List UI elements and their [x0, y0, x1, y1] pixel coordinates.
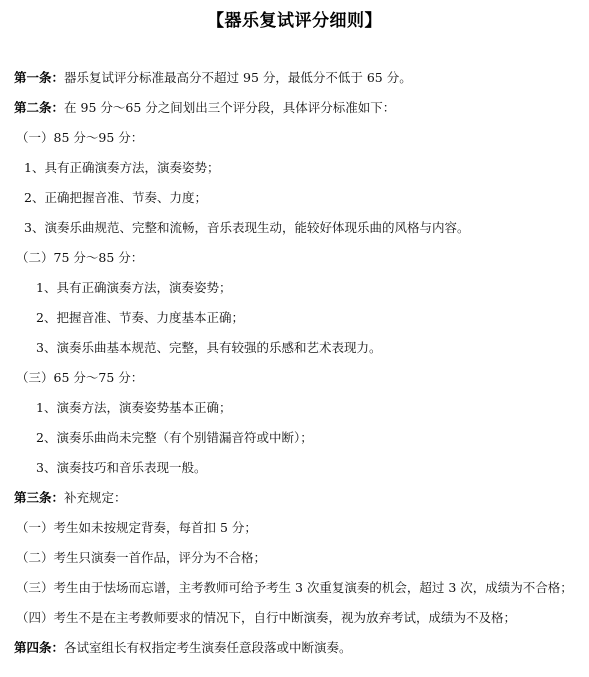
rule-3: （三）考生由于怯场而忘谱，主考教师可给予考生 3 次重复演奏的机会，超过 3 次… [16, 580, 573, 596]
rule-4: （四）考生不是在主考教师要求的情况下，自行中断演奏，视为放弃考试，成绩为不及格； [16, 610, 516, 626]
article-3: 第三条：补充规定： [14, 490, 127, 506]
tier-2-item-1: 1、具有正确演奏方法，演奏姿势； [36, 280, 231, 296]
article-2-text: 在 95 分～65 分之间划出三个评分段，具体评分标准如下： [64, 100, 395, 115]
tier-2-item-3: 3、演奏乐曲基本规范、完整，具有较强的乐感和艺术表现力。 [36, 340, 381, 356]
tier-3-item-3: 3、演奏技巧和音乐表现一般。 [36, 460, 206, 476]
tier-2-item-2: 2、把握音准、节奏、力度基本正确； [36, 310, 244, 326]
article-3-text: 补充规定： [64, 490, 127, 505]
tier-1-heading: （一）85 分～95 分： [16, 130, 143, 146]
article-1-label: 第一条： [14, 70, 64, 85]
article-1: 第一条：器乐复试评分标准最高分不超过 95 分，最低分不低于 65 分。 [14, 70, 412, 86]
tier-1-item-3: 3、演奏乐曲规范、完整和流畅，音乐表现生动，能较好体现乐曲的风格与内容。 [24, 220, 469, 236]
article-1-text: 器乐复试评分标准最高分不超过 95 分，最低分不低于 65 分。 [64, 70, 412, 85]
tier-3-item-1: 1、演奏方法，演奏姿势基本正确； [36, 400, 231, 416]
document-title: 【器乐复试评分细则】 [0, 6, 589, 31]
tier-1-item-1: 1、具有正确演奏方法，演奏姿势； [24, 160, 219, 176]
rule-1: （一）考生如未按规定背奏，每首扣 5 分； [16, 520, 257, 536]
tier-2-heading: （二）75 分～85 分： [16, 250, 143, 266]
article-4: 第四条：各试室组长有权指定考生演奏任意段落或中断演奏。 [14, 640, 352, 656]
article-2: 第二条：在 95 分～65 分之间划出三个评分段，具体评分标准如下： [14, 100, 395, 116]
article-4-label: 第四条： [14, 640, 64, 655]
article-3-label: 第三条： [14, 490, 64, 505]
article-4-text: 各试室组长有权指定考生演奏任意段落或中断演奏。 [64, 640, 352, 655]
tier-3-heading: （三）65 分～75 分： [16, 370, 143, 386]
rule-2: （二）考生只演奏一首作品，评分为不合格； [16, 550, 266, 566]
article-2-label: 第二条： [14, 100, 64, 115]
tier-1-item-2: 2、正确把握音准、节奏、力度； [24, 190, 207, 206]
tier-3-item-2: 2、演奏乐曲尚未完整（有个别错漏音符或中断）； [36, 430, 313, 446]
